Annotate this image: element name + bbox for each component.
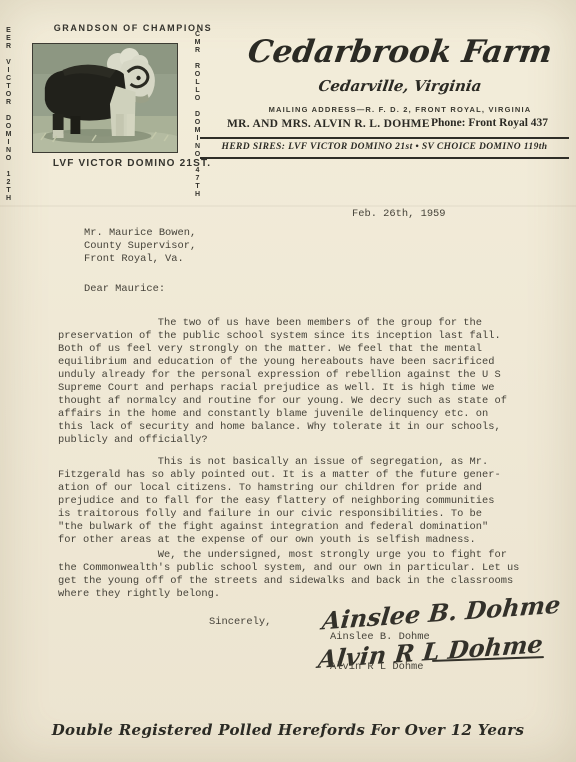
- bull-photo-caption: LVF VICTOR DOMINO 21ST.: [28, 158, 236, 169]
- body-paragraph-1: The two of us have been members of the g…: [58, 317, 507, 447]
- body-paragraph-3: We, the undersigned, most strongly urge …: [58, 549, 519, 601]
- footer-slogan: Double Registered Polled Herefords For O…: [0, 721, 576, 739]
- phone-line: Phone: Front Royal 437: [431, 117, 548, 129]
- letter-date: Feb. 26th, 1959: [352, 208, 446, 221]
- letter-page: EER VICTOR DOMINO 12TH GRANDSON OF CHAMP…: [0, 0, 576, 762]
- salutation: Dear Maurice:: [84, 283, 165, 296]
- herd-sires-line: HERD SIRES: LVF VICTOR DOMINO 21st • SV …: [200, 142, 569, 152]
- owners-line: MR. AND MRS. ALVIN R. L. DOHME: [227, 118, 430, 130]
- bull-photo: [32, 43, 178, 153]
- grandson-banner: GRANDSON OF CHAMPIONS: [34, 23, 232, 33]
- signature-alvin-typed: Alvin R L Dohme: [330, 661, 424, 674]
- rule-top: [200, 137, 569, 139]
- recipient-address: Mr. Maurice Bowen, County Supervisor, Fr…: [84, 227, 196, 266]
- rule-bottom: [200, 157, 569, 159]
- mailing-address: MAILING ADDRESS—R. F. D. 2, FRONT ROYAL,…: [230, 105, 570, 114]
- farm-name: Cedarbrook Farm: [232, 34, 567, 70]
- left-vertical-sire-text: EER VICTOR DOMINO 12TH: [5, 27, 12, 185]
- hereford-bull-illustration: [33, 44, 177, 152]
- farm-location: Cedarville, Virginia: [234, 77, 567, 95]
- body-paragraph-2: This is not basically an issue of segreg…: [58, 456, 501, 547]
- paper-crease: [0, 205, 576, 207]
- closing: Sincerely,: [209, 616, 271, 629]
